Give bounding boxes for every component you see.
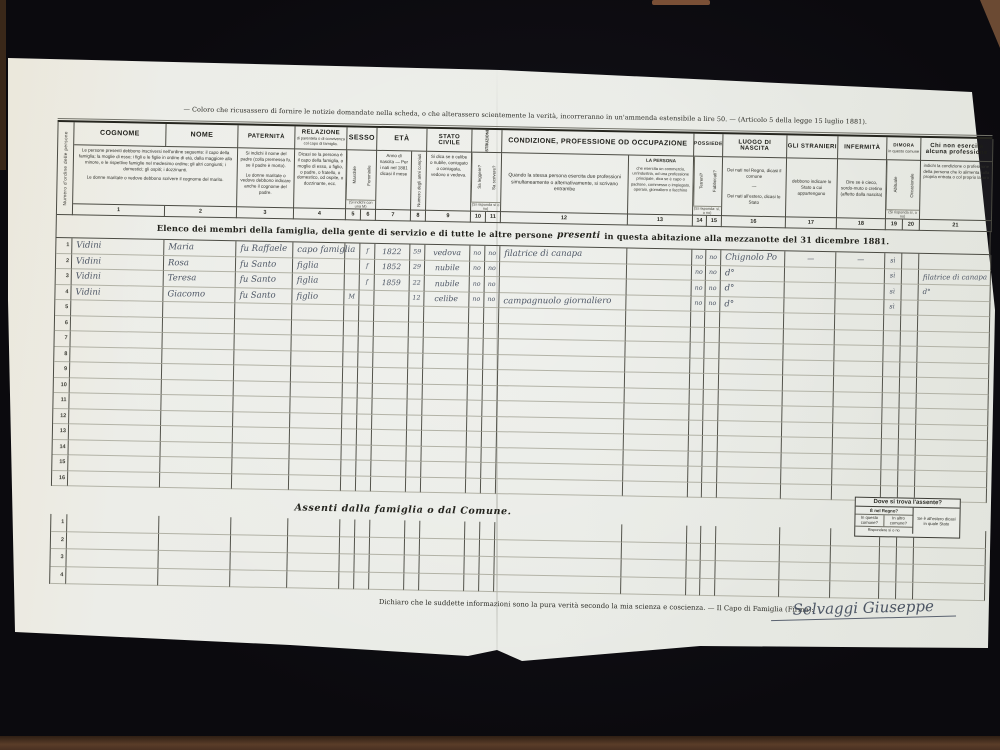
handwritten-entry: sì (890, 273, 895, 280)
cell-relazione (290, 428, 342, 444)
cell-anni (404, 573, 419, 591)
cell-anno (373, 337, 408, 353)
cell-chinon (918, 300, 990, 317)
cell-abituale (884, 315, 901, 331)
cell-relazione (292, 320, 344, 336)
cell-abituale (883, 362, 900, 378)
cell-m (344, 321, 359, 337)
cell-f (358, 337, 373, 353)
cell-occasionale (902, 269, 919, 285)
cell-legge (468, 370, 483, 386)
col-header-nome: NOME (166, 124, 238, 148)
cell-fabbricati (704, 389, 719, 405)
cell-anni (407, 415, 422, 431)
col-number-15: 15 (707, 216, 722, 227)
handwritten-entry: — (807, 255, 814, 263)
cell-anni (406, 477, 421, 493)
cell-paternita (234, 350, 291, 367)
cell-fabbricati (701, 543, 716, 561)
cell-chinon (916, 409, 988, 426)
cell-stranieri (781, 484, 832, 500)
cell-relazione (291, 335, 343, 351)
cell-fabbricati (702, 451, 717, 467)
cell-relazione (287, 553, 339, 571)
handwritten-entry: no (473, 280, 481, 287)
cell-cognome (66, 549, 158, 568)
cell-m (345, 274, 360, 290)
cell-n: 3 (56, 269, 72, 285)
col-number-17: 17 (786, 217, 837, 229)
cell-stranieri (783, 360, 834, 376)
cell-anno (371, 445, 406, 461)
cell-stranieri (784, 298, 835, 314)
cell-m (341, 460, 356, 476)
col-note-istruzione: Sa leggere? Sa scrivere? (Si risponda sì… (471, 153, 502, 213)
col-note-stranieri: debbono indicare lo Stato a cui apparten… (786, 158, 838, 218)
cell-scrive (479, 557, 494, 575)
cell-scrive (484, 308, 499, 324)
cell-anno (372, 414, 407, 430)
cell-occasionale (896, 564, 913, 582)
col-header-stato-civile: STATO CIVILE (427, 129, 472, 153)
col-note-luogo: Dei nati nel Regno, dicasi il comune — D… (722, 157, 787, 217)
handwritten-entry: d° (724, 299, 734, 309)
cell-terreni (689, 405, 703, 421)
handwritten-entry: celibe (435, 294, 459, 303)
cell-paternita (232, 443, 289, 460)
cell-abituale (882, 393, 899, 409)
col-number-20: 20 (903, 220, 920, 231)
cell-anni (408, 337, 423, 353)
cell-cognome (69, 393, 161, 410)
col-number-3: 3 (237, 207, 294, 219)
cell-legge (467, 416, 482, 432)
cell-anni (409, 322, 424, 338)
cell-f (356, 461, 371, 477)
cell-legge (468, 339, 483, 355)
cell-condizione (495, 540, 622, 560)
cell-luogo: d° (721, 266, 785, 283)
cell-occasionale (897, 547, 914, 565)
cell-infermita (832, 469, 881, 485)
cell-chinon (915, 455, 987, 472)
cell-luogo (715, 579, 779, 598)
cell-infermita (833, 407, 882, 423)
cell-paternita (233, 396, 290, 413)
handwritten-entry: 12 (412, 295, 420, 302)
cell-n: 2 (56, 253, 72, 269)
cell-legge (465, 522, 480, 540)
handwritten-entry: d° (923, 288, 931, 296)
handwritten-entry: 59 (413, 248, 421, 255)
wood-table-edge (0, 736, 1000, 750)
cell-scrive (482, 401, 497, 417)
cell-relazione (292, 304, 344, 320)
cell-stranieri (784, 282, 835, 298)
cell-luogo (720, 328, 784, 345)
cell-chinon: d° (918, 285, 990, 302)
cell-terreni (689, 436, 703, 452)
cell-terreni (691, 327, 705, 343)
cell-anno (373, 352, 408, 368)
cell-nome (158, 551, 230, 570)
cell-infermita (835, 330, 884, 346)
cell-scrive: no (485, 246, 500, 262)
cell-m (343, 352, 358, 368)
cell-chinon (918, 331, 990, 348)
cell-infermita (834, 361, 883, 377)
cell-fabbricati (703, 420, 718, 436)
cell-stato (423, 369, 468, 385)
cell-infermita (832, 454, 881, 470)
cell-legge (466, 447, 481, 463)
cell-persona (623, 481, 688, 498)
cell-terreni: no (692, 250, 706, 266)
col-note-chi-non-esercita: indichi la condizione o professione dell… (920, 161, 993, 221)
cell-abituale (882, 439, 899, 455)
cell-paternita (230, 570, 287, 589)
cell-cognome (69, 424, 161, 441)
cell-nome (158, 568, 230, 587)
cell-nome (162, 379, 234, 396)
assente-location-box: Dove si trova l'assente? È nel Regno? In… (854, 497, 961, 539)
cell-persona (624, 403, 689, 420)
col-number-5: 5 (346, 209, 361, 220)
cell-f (359, 290, 374, 306)
cell-paternita: fu Santo (236, 257, 293, 274)
cell-nome (162, 348, 234, 365)
sesso-subcolumns: Maschile Femminile (Si indichi con una M… (346, 150, 376, 209)
cell-relazione (288, 536, 340, 554)
cell-terreni (688, 482, 702, 498)
col-number-4: 4 (294, 208, 346, 220)
col-note-sesso: Maschile Femminile (Si indichi con una M… (346, 150, 377, 210)
cell-m (340, 537, 355, 555)
cell-persona (621, 577, 686, 596)
cell-n: 4 (55, 284, 71, 300)
cell-abituale (879, 564, 896, 582)
cell-m (343, 336, 358, 352)
cell-terreni (690, 358, 704, 374)
cell-anni (406, 461, 421, 477)
assente-rispondere: Rispondere sì o no (855, 526, 912, 534)
head-of-family-signature: Selvaggi Giuseppe (771, 597, 956, 622)
cell-stato (421, 477, 466, 493)
cell-n: 1 (56, 238, 72, 254)
cell-fabbricati (704, 358, 719, 374)
cell-fabbricati (705, 312, 720, 328)
cell-anno (374, 321, 409, 337)
cell-abituale (882, 424, 899, 440)
cell-stato (423, 384, 468, 400)
cell-cognome (68, 471, 160, 488)
cell-stranieri (783, 391, 834, 407)
cell-anno (370, 520, 405, 538)
cell-cognome (71, 300, 163, 317)
cell-legge (469, 323, 484, 339)
cell-luogo (718, 421, 782, 438)
cell-n: 2 (51, 531, 67, 549)
handwritten-entry: no (708, 300, 716, 307)
cell-stato (422, 431, 467, 447)
cell-scrive (481, 463, 496, 479)
cell-fabbricati: no (706, 265, 721, 281)
handwritten-entry: no (709, 269, 717, 276)
cell-luogo (716, 526, 780, 545)
assente-questo-comune: In questo comune? (855, 515, 884, 527)
cell-anni (405, 520, 420, 538)
cell-terreni (689, 420, 703, 436)
col-number-10: 10 (471, 212, 486, 223)
cell-f (359, 306, 374, 322)
cell-infermita (833, 423, 882, 439)
cell-luogo (719, 374, 783, 391)
cell-infermita (831, 546, 880, 564)
cell-m (339, 554, 354, 572)
col-number-12: 12 (501, 212, 628, 225)
assente-box-columns: È nel Regno? In questo comune? In altro … (855, 507, 959, 535)
cell-cognome (71, 316, 163, 333)
handwritten-entry: sì (890, 288, 895, 295)
cell-stranieri (783, 375, 834, 391)
cell-cognome (70, 331, 162, 348)
cell-luogo (716, 544, 780, 563)
cell-persona (623, 465, 688, 482)
cell-n: 12 (53, 408, 69, 424)
cell-terreni: no (691, 296, 705, 312)
cell-infermita: — (836, 252, 885, 268)
handwritten-entry: M (348, 294, 354, 301)
cell-terreni (688, 467, 702, 483)
cell-anno (371, 476, 406, 492)
cell-stato (423, 353, 468, 369)
cell-m (343, 383, 358, 399)
cell-stranieri: — (785, 251, 836, 267)
handwritten-entry: 22 (413, 279, 421, 286)
cell-scrive: no (484, 292, 499, 308)
cell-persona (622, 524, 687, 543)
col-number-1: 1 (73, 204, 165, 217)
cell-scrive (482, 432, 497, 448)
cell-paternita: fu Santo (235, 288, 292, 305)
cell-luogo (719, 390, 783, 407)
handwritten-entry: sì (891, 257, 896, 264)
cell-nome (162, 364, 234, 381)
cell-infermita (835, 299, 884, 315)
assente-altro-comune: In altro comune? (884, 515, 912, 527)
cell-chinon (915, 471, 987, 488)
cell-f (355, 537, 370, 555)
cell-stranieri (784, 313, 835, 329)
cell-anno (373, 368, 408, 384)
col-number-9: 9 (426, 211, 471, 223)
cell-f (355, 520, 370, 538)
handwritten-entry: 1822 (383, 247, 402, 256)
cell-cognome (67, 532, 159, 551)
cell-scrive (484, 323, 499, 339)
col-note-anni-compiuti: Numero degli anni compiuti (411, 151, 427, 210)
cell-anno (370, 537, 405, 555)
cell-anno (372, 430, 407, 446)
cell-persona (621, 559, 686, 578)
handwritten-entry: no (488, 250, 496, 257)
cell-chinon (917, 378, 989, 395)
col-number-16: 16 (722, 216, 786, 228)
cell-abituale: sì (885, 269, 902, 285)
cell-infermita (835, 283, 884, 299)
cell-relazione: capo famiglia (293, 242, 345, 258)
cell-stranieri (782, 406, 833, 422)
cell-m (342, 398, 357, 414)
table-header: Numero d'ordine delle persone COGNOME NO… (56, 120, 993, 232)
handwritten-entry: Maria (168, 242, 194, 252)
handwritten-entry: 29 (413, 264, 421, 271)
cell-persona (627, 264, 692, 281)
handwritten-entry: Vidini (76, 256, 101, 266)
handwritten-entry: Vidini (75, 287, 100, 297)
cell-persona (627, 248, 692, 265)
cell-scrive (483, 354, 498, 370)
cell-infermita (833, 392, 882, 408)
census-form: — Coloro che ricusassero di fornire le n… (48, 100, 993, 677)
cell-m (341, 445, 356, 461)
cell-fabbricati: no (706, 281, 721, 297)
col-number-6: 6 (361, 210, 376, 221)
cell-cognome: Vidini (72, 269, 164, 286)
col-number-8: 8 (411, 210, 426, 221)
cell-terreni (688, 451, 702, 467)
handwritten-entry: filatrice di canapa (923, 273, 987, 281)
col-header-istruzione: ISTRUZIONE (472, 130, 502, 154)
cell-relazione (290, 397, 342, 413)
cell-scrive (483, 339, 498, 355)
cell-terreni (690, 389, 704, 405)
handwritten-entry: capo famiglia (297, 245, 355, 255)
cell-anno: 1852 (375, 259, 410, 275)
col-number-11: 11 (486, 212, 501, 223)
cell-stranieri (781, 468, 832, 484)
cell-cognome (66, 567, 158, 586)
cell-luogo (717, 467, 781, 484)
cell-fabbricati: no (705, 296, 720, 312)
cell-stranieri (779, 562, 830, 580)
cell-persona (625, 372, 690, 389)
cell-stranieri (780, 527, 831, 545)
cell-persona (624, 419, 689, 436)
cell-persona (624, 434, 689, 451)
cell-anno (372, 399, 407, 415)
cell-fabbricati (704, 343, 719, 359)
cell-chinon (917, 362, 989, 379)
assente-estero: Se è all'estero dicasi in quale Stato (913, 508, 959, 535)
handwritten-entry: d° (725, 268, 735, 278)
col-note-paternita: Si indichi il nome del padre (colla prem… (237, 148, 295, 208)
handwritten-entry: Vidini (76, 241, 101, 251)
cell-luogo (717, 483, 781, 500)
cell-cognome: Vidini (72, 254, 164, 271)
cell-cognome: Vidini (71, 285, 163, 302)
col-number-7: 7 (376, 210, 411, 222)
cell-m (341, 476, 356, 492)
handwritten-entry: no (488, 281, 496, 288)
presenti-table-body: 1VidiniMariafu Raffaelecapo famigliaf182… (51, 238, 990, 503)
cell-m (343, 367, 358, 383)
cell-chinon: filatrice di canapa (919, 269, 991, 286)
cell-relazione: figlio (292, 289, 344, 305)
handwritten-entry: d° (725, 284, 735, 294)
cell-nome (163, 302, 235, 319)
handwritten-entry: Rosa (168, 258, 189, 268)
cell-paternita (232, 458, 289, 475)
col-header-paternita: PATERNITÀ (238, 125, 295, 149)
cell-paternita (235, 303, 292, 320)
cell-terreni: no (692, 281, 706, 297)
cell-occasionale (898, 470, 915, 486)
cell-paternita (231, 535, 288, 554)
cell-relazione (291, 351, 343, 367)
cell-paternita (234, 365, 291, 382)
cell-n: 4 (50, 566, 66, 584)
col-number-18: 18 (837, 218, 886, 230)
col-header-relazione: RELAZIONE di parentela o di convivenza c… (295, 126, 347, 150)
handwritten-entry: f (366, 278, 368, 285)
cell-anno (374, 306, 409, 322)
cell-stranieri (782, 422, 833, 438)
cell-legge (464, 557, 479, 575)
cell-anni (408, 368, 423, 384)
col-header-stranieri: GLI STRANIERI (787, 135, 838, 159)
cell-nome (159, 516, 231, 535)
cell-persona (623, 450, 688, 467)
cell-legge: no (470, 261, 485, 277)
cell-nome (161, 410, 233, 427)
cell-n: 1 (51, 514, 67, 532)
cell-n: 14 (52, 439, 68, 455)
handwritten-entry: vedova (433, 248, 461, 257)
cell-occasionale (901, 315, 918, 331)
cell-occasionale (898, 455, 915, 471)
cell-f (357, 430, 372, 446)
handwritten-entry: — (857, 256, 864, 264)
cell-anni: 29 (410, 260, 425, 276)
cell-occasionale (899, 424, 916, 440)
handwritten-entry: f (366, 263, 368, 270)
cell-f (357, 399, 372, 415)
cell-cognome (70, 362, 162, 379)
cell-stato (421, 462, 466, 478)
handwritten-entry: no (695, 254, 703, 261)
cell-scrive: no (485, 277, 500, 293)
cell-chinon (916, 440, 988, 457)
cell-n: 13 (53, 424, 69, 440)
cell-stato (422, 400, 467, 416)
cell-fabbricati (704, 374, 719, 390)
cell-anno: 1859 (375, 275, 410, 291)
cell-anni: 12 (409, 291, 424, 307)
cell-f (356, 476, 371, 492)
handwritten-entry: no (709, 254, 717, 261)
col-header-sesso: SESSO (347, 127, 377, 151)
cell-stato (422, 415, 467, 431)
cell-nome: Teresa (164, 271, 236, 288)
cell-condizione (494, 575, 621, 595)
cell-infermita (834, 345, 883, 361)
handwritten-entry: no (694, 269, 702, 276)
cell-scrive (480, 522, 495, 540)
cell-fabbricati (700, 578, 715, 596)
col-header-numero-ordine: Numero d'ordine delle persone (57, 122, 75, 215)
cell-anni (404, 555, 419, 573)
